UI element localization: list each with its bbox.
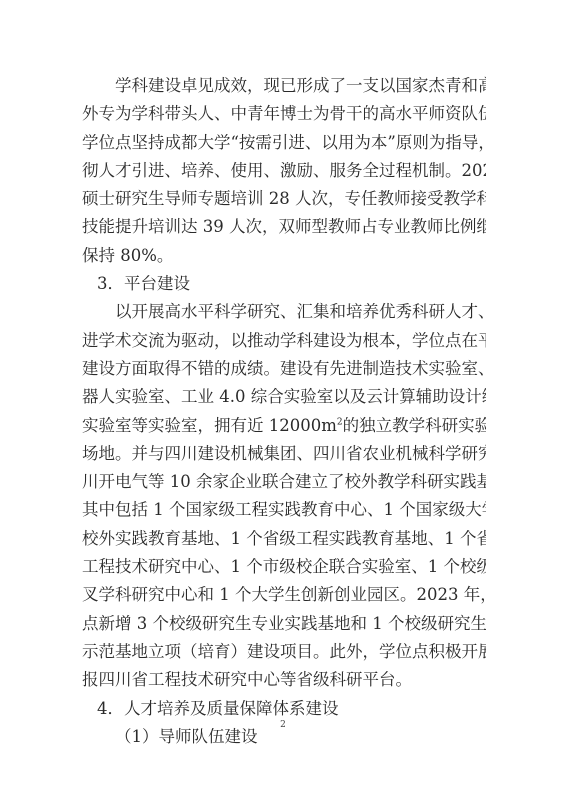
section-heading-platform: 3．平台建设 <box>82 270 486 298</box>
text-line: 报四川省工程技术研究中心等省级科研平台。 <box>82 666 486 694</box>
text-segment: 的独立教学科研实验实训 <box>343 416 486 435</box>
text-line: 校外实践教育基地、1 个省级工程实践教育基地、1 个省级 <box>82 525 486 553</box>
text-line-area: 实验室等实验室，拥有近 12000m2的独立教学科研实验实训 <box>82 412 486 440</box>
text-line: 学科建设卓见成效，现已形成了一支以国家杰青和高端 <box>82 72 486 100</box>
paragraph-faculty: 学科建设卓见成效，现已形成了一支以国家杰青和高端 外专为学科带头人、中青年博士为… <box>82 72 486 270</box>
text-line: 点新增 3 个校级研究生专业实践基地和 1 个校级研究生实践 <box>82 610 486 638</box>
document-page: 学科建设卓见成效，现已形成了一支以国家杰青和高端 外专为学科带头人、中青年博士为… <box>0 0 566 800</box>
paragraph-platform: 以开展高水平科学研究、汇集和培养优秀科研人才、促 进学术交流为驱动，以推动学科建… <box>82 298 486 694</box>
text-line: 示范基地立项（培育）建设项目。此外，学位点积极开展申 <box>82 638 486 666</box>
text-line: 学位点坚持成都大学“按需引进、以用为本”原则为指导，贯 <box>82 129 486 157</box>
text-line: 器人实验室、工业 4.0 综合实验室以及云计算辅助设计综合 <box>82 383 486 411</box>
page-number: 2 <box>0 720 566 730</box>
section-heading-talent: 4．人才培养及质量保障体系建设 <box>82 695 486 723</box>
text-line: 外专为学科带头人、中青年博士为骨干的高水平师资队伍。 <box>82 100 486 128</box>
text-line: 工程技术研究中心、1 个市级校企联合实验室、1 个校级交 <box>82 553 486 581</box>
text-line: 进学术交流为驱动，以推动学科建设为根本，学位点在平台 <box>82 327 486 355</box>
text-line: 场地。并与四川建设机械集团、四川省农业机械科学研究院、 <box>82 440 486 468</box>
text-line: 叉学科研究中心和 1 个大学生创新创业园区。2023 年，学位 <box>82 581 486 609</box>
text-line: 彻人才引进、培养、使用、激励、服务全过程机制。2023 年 <box>82 157 486 185</box>
text-line: 保持 80%。 <box>82 242 486 270</box>
text-line: 硕士研究生导师专题培训 28 人次，专任教师接受教学科研 <box>82 185 486 213</box>
text-line: 以开展高水平科学研究、汇集和培养优秀科研人才、促 <box>82 298 486 326</box>
text-segment: 实验室等实验室，拥有近 12000m <box>82 416 337 435</box>
page-content: 学科建设卓见成效，现已形成了一支以国家杰青和高端 外专为学科带头人、中青年博士为… <box>82 72 486 751</box>
text-line: 川开电气等 10 余家企业联合建立了校外教学科研实践基地， <box>82 468 486 496</box>
text-line: 技能提升培训达 39 人次，双师型教师占专业教师比例继续 <box>82 213 486 241</box>
text-line: 建设方面取得不错的成绩。建设有先进制造技术实验室、机 <box>82 355 486 383</box>
text-line: 其中包括 1 个国家级工程实践教育中心、1 个国家级大学生 <box>82 496 486 524</box>
